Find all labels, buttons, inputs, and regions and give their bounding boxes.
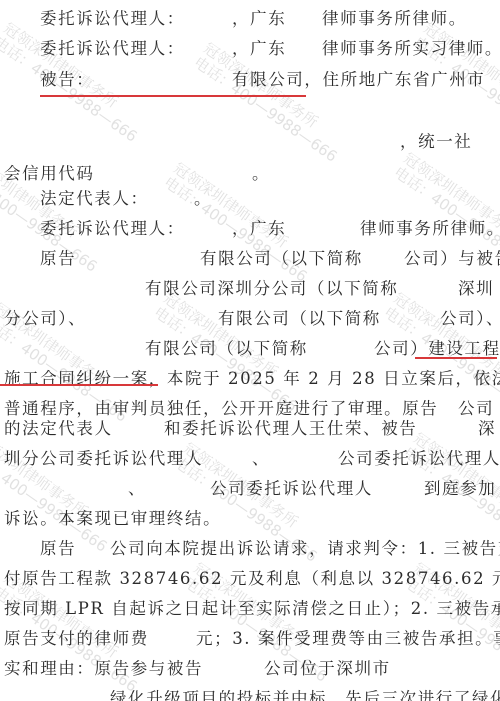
defendant-address: 有限公司，住所地广东省广州市 <box>232 70 485 90</box>
agent-province: ，广东 <box>232 219 286 239</box>
claims-text-5: 元；3. 案件受理费等由三被告承担。事 <box>196 629 500 649</box>
facts-text-1: 实和理由：原告参与被告 <box>4 659 203 679</box>
document-page: 冠领深圳律师事务所电话：400—9988—666 冠领深圳律师事务所电话：400… <box>0 0 500 701</box>
legal-rep-label: 法定代表人： <box>40 189 149 209</box>
case-filing-text: 施工合同纠纷一案，本院于 2025 年 2 月 28 日立案后，依法适用 <box>4 369 500 389</box>
red-underline <box>40 95 306 97</box>
facts-text-3: 绿化升级项目的投标并中标，先后三次进行了绿化 <box>110 689 500 701</box>
credit-code-prefix: ，统一社 <box>400 132 472 152</box>
attendance-text-2: 和委托诉讼代理人王仕荣、被告 <box>164 419 417 439</box>
attendance-text-6: 公司委托诉讼代理人 <box>210 479 373 499</box>
plaintiff-company: 有限公司（以下简称 <box>200 249 363 269</box>
procedure-text: 普通程序，由审判员独任，公开开庭进行了审理。原告 <box>4 399 438 419</box>
agent-label: 委托诉讼代理人： <box>40 219 185 239</box>
defendant-abbrev-2: 公司）、 <box>440 309 500 329</box>
case-type-start: 公司）建设工程 <box>374 339 500 359</box>
defendant-company-3: 有限公司（以下简称 <box>145 339 308 359</box>
defendant-branch-abbrev: 深圳 <box>458 279 494 299</box>
credit-code-label: 会信用代码 <box>4 164 95 184</box>
agent-province: ，广东 <box>232 39 286 59</box>
agent-label: 委托诉讼代理人： <box>40 39 185 59</box>
case-concluded: 诉讼。本案现已审理终结。 <box>4 509 221 529</box>
claims-text-1: 公司向本院提出诉讼请求，请求判令：1. 三被告支 <box>110 539 500 559</box>
defendant-company-2: 有限公司（以下简称 <box>218 309 381 329</box>
credit-code-end: 。 <box>252 164 270 184</box>
plaintiff-abbrev: 公司）与被告 <box>404 249 500 269</box>
agent-label: 委托诉讼代理人： <box>40 9 185 29</box>
defendant-label: 被告： <box>40 70 94 90</box>
attendance-text-7: 到庭参加 <box>424 479 496 499</box>
attendance-text-3: 深 <box>478 419 496 439</box>
agent-province: ，广东 <box>232 9 286 29</box>
legal-rep-end: 。 <box>194 189 212 209</box>
attendance-text-5: 公司委托诉讼代理人 <box>338 449 500 469</box>
facts-text-2: 公司位于深圳市 <box>264 659 391 679</box>
watermark-line1: 冠领深圳律师事务所 <box>400 150 500 262</box>
agent-firm-title: 律师事务所律师。 <box>360 219 500 239</box>
defendant-branch: 有限公司深圳分公司（以下简称 <box>145 279 398 299</box>
agent-firm-title: 律师事务所律师。 <box>322 9 467 29</box>
claims-text-3: 按同期 LPR 自起诉之日起计至实际清偿之日止）；2. 三被告承担 <box>4 599 500 619</box>
claims-plaintiff: 原告 <box>40 539 76 559</box>
claims-text-4: 原告支付的律师费 <box>4 629 149 649</box>
attendance-sep: 、 <box>128 479 146 499</box>
claims-text-2: 付原告工程款 328746.62 元及利息（利息以 328746.62 元为基数… <box>4 569 500 589</box>
plaintiff-label: 原告 <box>40 249 76 269</box>
procedure-company: 公司 <box>458 399 494 419</box>
attendance-text-1: 的法定代表人 <box>4 419 113 439</box>
attendance-text-4: 圳分公司委托诉讼代理人 <box>4 449 203 469</box>
red-underline <box>415 357 497 359</box>
red-underline <box>0 384 158 386</box>
agent-firm-title: 律师事务所实习律师。 <box>322 39 500 59</box>
branch-abbrev-end: 分公司）、 <box>4 309 86 329</box>
attendance-sep: 、 <box>252 449 270 469</box>
